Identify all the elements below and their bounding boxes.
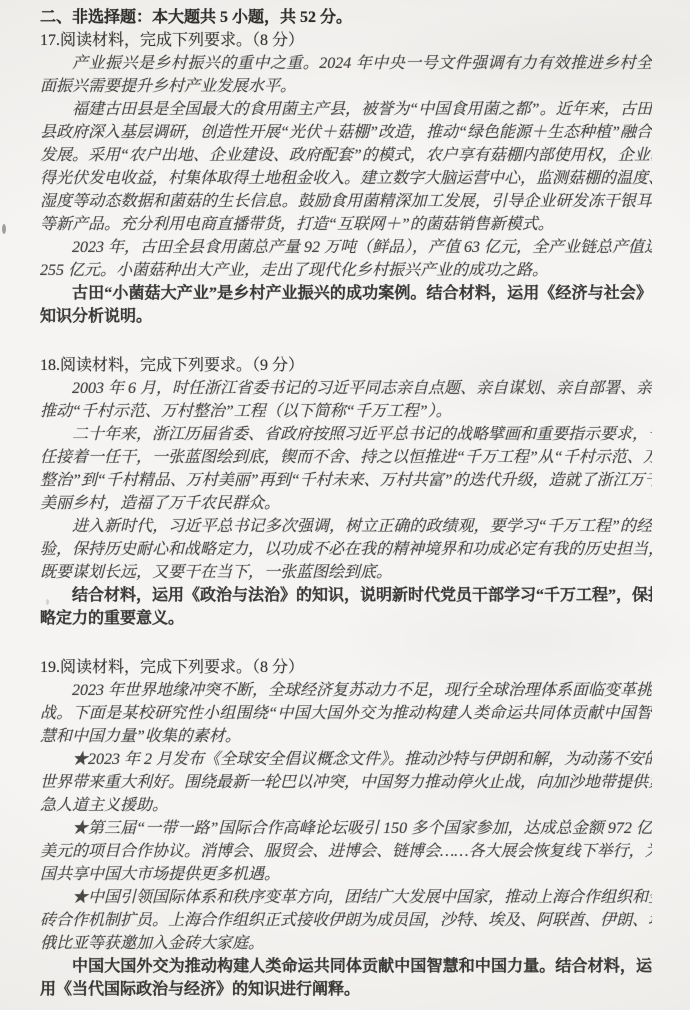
text-line: 砖合作机制扩员。上海合作组织正式接收伊朗为成员国，沙特、埃及、阿联酋、伊朗、埃塞 [40,909,652,932]
text-line: 2023 年世界地缘冲突不断，全球经济复苏动力不足，现行全球治理体系面临变革挑 [40,679,652,702]
text-line: 进入新时代，习近平总书记多次强调，树立正确的政绩观，要学习“千万工程”的经 [40,515,652,538]
paragraph: 2023 年，古田全县食用菌总产量 92 万吨（鲜品），产值 63 亿元，全产业… [40,236,652,282]
text-line: 面振兴需要提升乡村产业发展水平。 [40,75,652,98]
question-block: 17.阅读材料，完成下列要求。（8 分）产业振兴是乡村振兴的重中之重。2024 … [40,29,652,328]
questions: 17.阅读材料，完成下列要求。（8 分）产业振兴是乡村振兴的重中之重。2024 … [40,29,652,1001]
paragraph: 产业振兴是乡村振兴的重中之重。2024 年中央一号文件强调有力有效推进乡村全面振… [40,52,652,98]
paragraph: ★2023 年 2 月发布《全球安全倡议概念文件》。推动沙特与伊朗和解，为动荡不… [40,748,652,817]
text-line: 湿度等动态数据和菌菇的生长信息。鼓励食用菌精深加工发展，引导企业研发冻干银耳 [40,190,652,213]
text-line: 略定力的重要意义。 [40,607,652,630]
text-line: 俄比亚等获邀加入金砖大家庭。 [40,932,652,955]
question-header: 19.阅读材料，完成下列要求。（8 分） [40,656,652,679]
text-line: 推动“千村示范、万村整治”工程（以下简称“千万工程”）。 [40,400,652,423]
paragraph: 二十年来，浙江历届省委、省政府按照习近平总书记的战略擘画和重要指示要求，一任接着… [40,423,652,515]
paragraph: 福建古田县是全国最大的食用菌主产县，被誉为“中国食用菌之都”。近年来，古田县政府… [40,98,652,236]
paragraph: ★中国引领国际体系和秩序变革方向，团结广大发展中国家，推动上海合作组织和金砖合作… [40,886,652,955]
text-line: ★第三届“一带一路”国际合作高峰论坛吸引 150 多个国家参加，达成总金额 97… [40,817,652,840]
text-line: 慧和中国力量”收集的素材。 [40,725,652,748]
text-line: 古田“小菌菇大产业”是乡村产业振兴的成功案例。结合材料，运用《经济与社会》 [40,282,652,305]
text-line: 县政府深入基层调研，创造性开展“光伏＋菇棚”改造，推动“绿色能源＋生态种植”融合 [40,121,652,144]
text-line: 整治”到“千村精品、万村美丽”再到“千村未来、万村共富”的迭代升级，造就了浙江万… [40,469,652,492]
text-line: ★中国引领国际体系和秩序变革方向，团结广大发展中国家，推动上海合作组织和金 [40,886,652,909]
paragraph: ★第三届“一带一路”国际合作高峰论坛吸引 150 多个国家参加，达成总金额 97… [40,817,652,886]
text-line: 福建古田县是全国最大的食用菌主产县，被誉为“中国食用菌之都”。近年来，古田 [40,98,652,121]
paragraph: 2023 年世界地缘冲突不断，全球经济复苏动力不足，现行全球治理体系面临变革挑战… [40,679,652,748]
text-line: 等新产品。充分利用电商直播带货，打造“互联网＋”的菌菇销售新模式。 [40,213,652,236]
paragraph: 进入新时代，习近平总书记多次强调，树立正确的政绩观，要学习“千万工程”的经验，保… [40,515,652,584]
text-line: ★2023 年 2 月发布《全球安全倡议概念文件》。推动沙特与伊朗和解，为动荡不… [40,748,652,771]
text-line: 美元的项目合作协议。消博会、服贸会、进博会、链博会……各大展会恢复线下举行，为各 [40,840,652,863]
text-line: 知识分析说明。 [40,305,652,328]
question-header: 17.阅读材料，完成下列要求。（8 分） [40,29,652,52]
text-line: 发展。采用“农户出地、企业建设、政府配套”的模式，农户享有菇棚内部使用权，企业获 [40,144,652,167]
text-line: 国共享中国大市场提供更多机遇。 [40,863,652,886]
paragraph: 结合材料，运用《政治与法治》的知识，说明新时代党员干部学习“千万工程”，保持战略… [40,584,652,630]
scan-speck [2,224,6,234]
text-line: 既要谋划长远，又要干在当下，一张蓝图绘到底。 [40,561,652,584]
section-header: 二、非选择题：本大题共 5 小题，共 52 分。 [40,6,652,29]
text-line: 255 亿元。小菌菇种出大产业，走出了现代化乡村振兴产业的成功之路。 [40,259,652,282]
text-line: 用《当代国际政治与经济》的知识进行阐释。 [40,978,652,1001]
text-line: 得光伏发电收益，村集体取得土地租金收入。建立数字大脑运营中心，监测菇棚的温度、 [40,167,652,190]
question-header: 18.阅读材料，完成下列要求。（9 分） [40,354,652,377]
exam-page: 二、非选择题：本大题共 5 小题，共 52 分。 17.阅读材料，完成下列要求。… [0,0,690,1010]
text-line: 任接着一任干，一张蓝图绘到底，锲而不舍、持之以恒推进“千万工程”从“千村示范、万… [40,446,652,469]
text-line: 2003 年 6 月，时任浙江省委书记的习近平同志亲自点题、亲自谋划、亲自部署、… [40,377,652,400]
text-line: 战。下面是某校研究性小组围绕“中国大国外交为推动构建人类命运共同体贡献中国智 [40,702,652,725]
text-line: 世界带来重大利好。围绕最新一轮巴以冲突，中国努力推动停火止战，向加沙地带提供紧 [40,771,652,794]
text-line: 急人道主义援助。 [40,794,652,817]
paragraph: 2003 年 6 月，时任浙江省委书记的习近平同志亲自点题、亲自谋划、亲自部署、… [40,377,652,423]
question-block: 18.阅读材料，完成下列要求。（9 分）2003 年 6 月，时任浙江省委书记的… [40,354,652,630]
text-line: 2023 年，古田全县食用菌总产量 92 万吨（鲜品），产值 63 亿元，全产业… [40,236,652,259]
text-line: 中国大国外交为推动构建人类命运共同体贡献中国智慧和中国力量。结合材料，运 [40,955,652,978]
text-line: 验，保持历史耐心和战略定力，以功成不必在我的精神境界和功成必定有我的历史担当， [40,538,652,561]
paragraph: 古田“小菌菇大产业”是乡村产业振兴的成功案例。结合材料，运用《经济与社会》知识分… [40,282,652,328]
text-line: 产业振兴是乡村振兴的重中之重。2024 年中央一号文件强调有力有效推进乡村全 [40,52,652,75]
question-block: 19.阅读材料，完成下列要求。（8 分）2023 年世界地缘冲突不断，全球经济复… [40,656,652,1001]
text-line: 结合材料，运用《政治与法治》的知识，说明新时代党员干部学习“千万工程”，保持战 [40,584,652,607]
text-line: 二十年来，浙江历届省委、省政府按照习近平总书记的战略擘画和重要指示要求，一 [40,423,652,446]
text-line: 美丽乡村，造福了万千农民群众。 [40,492,652,515]
paragraph: 中国大国外交为推动构建人类命运共同体贡献中国智慧和中国力量。结合材料，运用《当代… [40,955,652,1001]
